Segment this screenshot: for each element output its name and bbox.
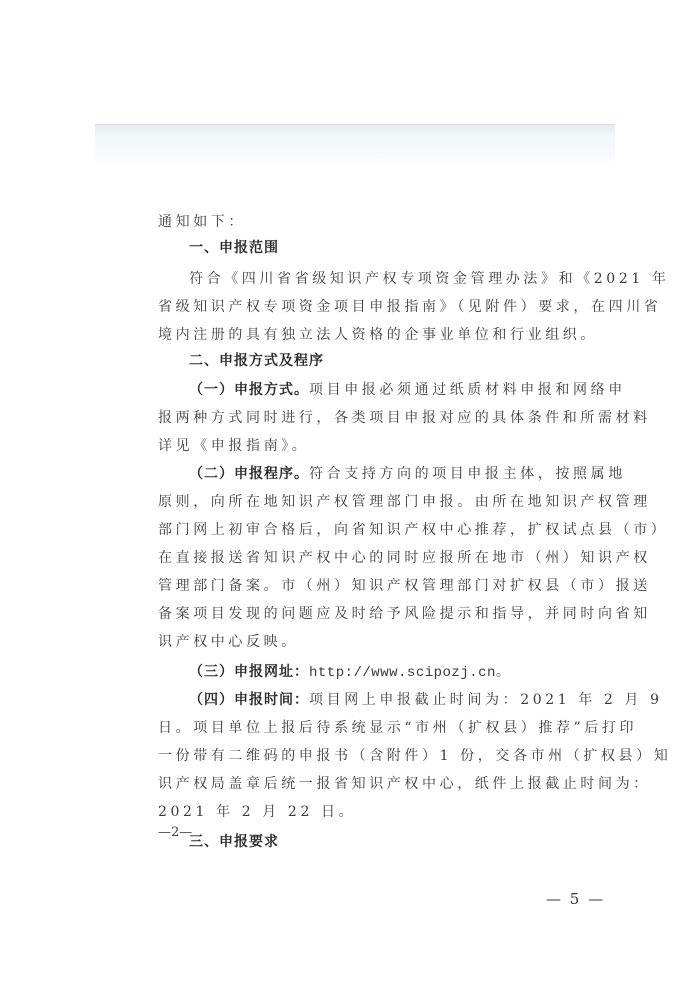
subheading: （四）申报时间：	[189, 692, 309, 708]
scan-artifact-band	[95, 124, 615, 165]
paragraph-line: 境内注册的具有独立法人资格的企事业单位和行业组织。	[158, 325, 598, 345]
paragraph-line: （四）申报时间：项目网上申报截止时间为：2021 年 2 月 9	[189, 690, 663, 710]
text: 备案项目发现的问题应及时给予风险提示和指导，并同时向省知	[158, 606, 651, 622]
text: 识产权中心反映。	[158, 634, 299, 650]
paragraph-line: 省级知识产权专项资金项目申报指南》（见附件）要求，在四川省	[158, 297, 661, 317]
inner-page-number: —2—	[158, 825, 192, 840]
paragraph-line: 日。项目单位上报后待系统显示“市州（扩权县）推荐”后打印	[158, 718, 637, 738]
website-url: http://www.scipozj.cn。	[309, 665, 510, 681]
text: 报两种方式同时进行，各类项目申报对应的具体条件和所需材料	[158, 410, 651, 426]
text: 符合《四川省省级知识产权专项资金管理办法》和《2021 年	[189, 271, 669, 287]
paragraph-line: 2021 年 2 月 22 日。	[158, 802, 356, 822]
paragraph-line: 详见《申报指南》。	[158, 436, 309, 456]
text: 管理部门备案。市（州）知识产权管理部门对扩权县（市）报送	[158, 578, 651, 594]
section-heading-2: 二、申报方式及程序	[189, 351, 324, 371]
text: 境内注册的具有独立法人资格的企事业单位和行业组织。	[158, 327, 598, 343]
text: 项目申报必须通过纸质材料申报和网络申	[309, 382, 626, 398]
paragraph-line: （一）申报方式。项目申报必须通过纸质材料申报和网络申	[189, 380, 626, 400]
text: 原则，向所在地知识产权管理部门申报。由所在地知识产权管理	[158, 494, 651, 510]
paragraph-line: 一份带有二维码的申报书（含附件）1 份，交各市州（扩权县）知	[158, 746, 671, 766]
paragraph-line: 备案项目发现的问题应及时给予风险提示和指导，并同时向省知	[158, 604, 651, 624]
text: 一份带有二维码的申报书（含附件）1 份，交各市州（扩权县）知	[158, 748, 671, 764]
text: 识产权局盖章后统一报省知识产权中心，纸件上报截止时间为：	[158, 776, 651, 792]
heading-text: 二、申报方式及程序	[189, 353, 324, 369]
heading-text: 三、申报要求	[189, 834, 279, 850]
paragraph-line: 管理部门备案。市（州）知识产权管理部门对扩权县（市）报送	[158, 576, 651, 596]
subheading: （三）申报网址：	[189, 664, 309, 680]
paragraph-line: 识产权中心反映。	[158, 632, 299, 652]
paragraph-line: 识产权局盖章后统一报省知识产权中心，纸件上报截止时间为：	[158, 774, 651, 794]
paragraph-line: （二）申报程序。符合支持方向的项目申报主体，按照属地	[189, 464, 626, 484]
page-number: — 5 —	[546, 890, 605, 908]
text: 符合支持方向的项目申报主体，按照属地	[309, 466, 626, 482]
paragraph-line: 原则，向所在地知识产权管理部门申报。由所在地知识产权管理	[158, 492, 651, 512]
paragraph-line: 符合《四川省省级知识产权专项资金管理办法》和《2021 年	[189, 269, 669, 289]
paragraph-line: （三）申报网址：http://www.scipozj.cn。	[189, 662, 510, 683]
text: 详见《申报指南》。	[158, 438, 309, 454]
paragraph-line: 部门网上初审合格后，向省知识产权中心推荐，扩权试点县（市）	[158, 520, 668, 540]
text: 2021 年 2 月 22 日。	[158, 804, 356, 820]
paragraph-line: 在直接报送省知识产权中心的同时应报所在地市（州）知识产权	[158, 548, 651, 568]
text: 省级知识产权专项资金项目申报指南》（见附件）要求，在四川省	[158, 299, 661, 315]
subheading: （二）申报程序。	[189, 466, 309, 482]
subheading: （一）申报方式。	[189, 382, 309, 398]
heading-text: 一、申报范围	[189, 240, 279, 256]
text: 部门网上初审合格后，向省知识产权中心推荐，扩权试点县（市）	[158, 522, 668, 538]
section-heading-3: 三、申报要求	[189, 832, 279, 852]
paragraph-line: 报两种方式同时进行，各类项目申报对应的具体条件和所需材料	[158, 408, 651, 428]
text: 通知如下：	[158, 214, 246, 230]
text: 在直接报送省知识产权中心的同时应报所在地市（州）知识产权	[158, 550, 651, 566]
text: 项目网上申报截止时间为：2021 年 2 月 9	[309, 692, 663, 708]
section-heading-1: 一、申报范围	[189, 238, 279, 258]
text: 日。项目单位上报后待系统显示“市州（扩权县）推荐”后打印	[158, 720, 637, 736]
intro-line: 通知如下：	[158, 212, 246, 232]
